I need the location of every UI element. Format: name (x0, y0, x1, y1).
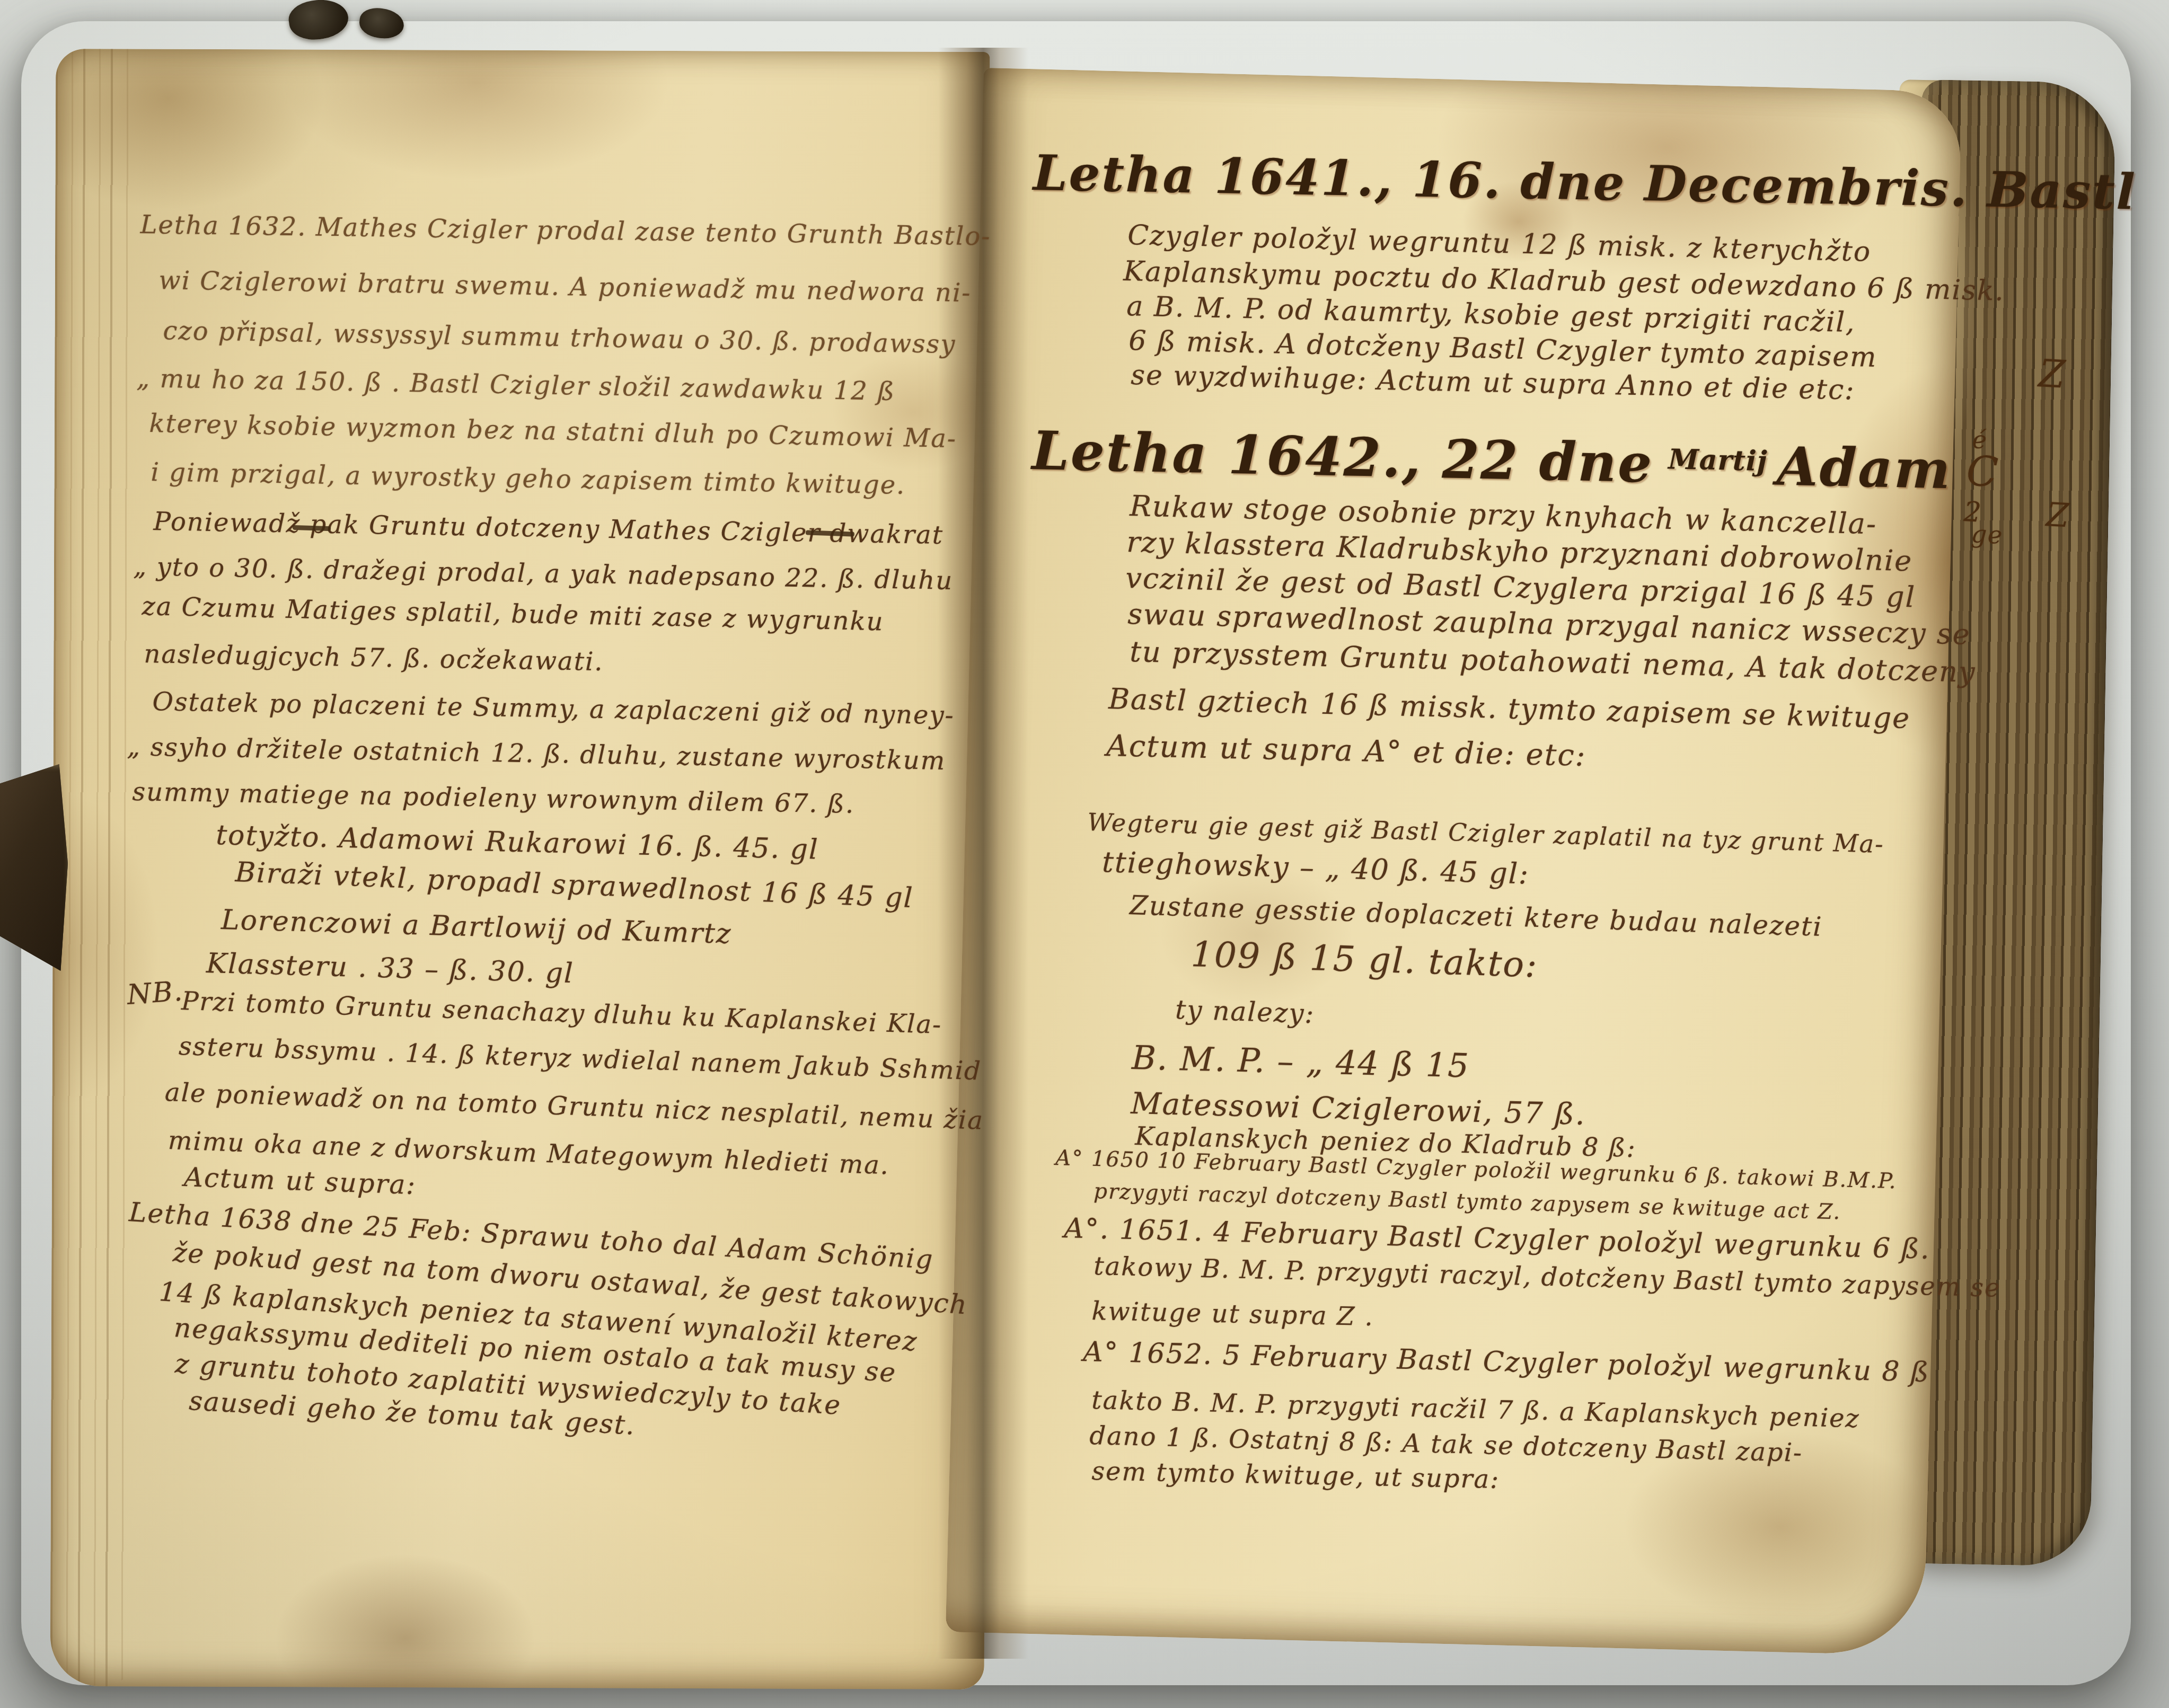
manuscript-photo: Letha 1632. Mathes Czigler prodal zase t… (0, 0, 2169, 1708)
photo-vignette (0, 0, 2169, 1708)
